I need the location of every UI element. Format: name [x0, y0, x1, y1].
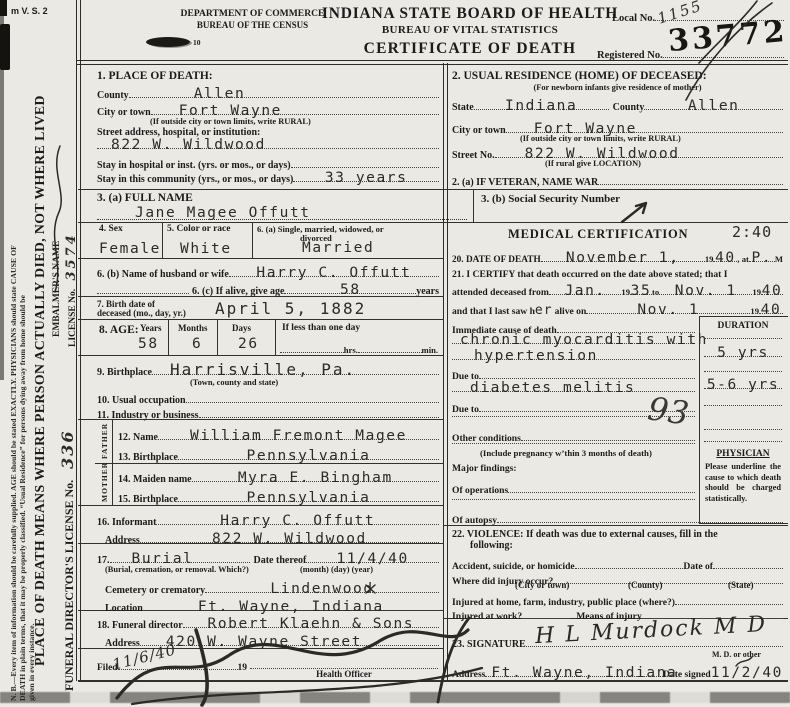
s11-label: 11. Industry or business: [97, 411, 199, 422]
s17-type-field: Burial: [110, 550, 250, 563]
s1-city-label: City or town: [97, 108, 151, 119]
funeral-license-label: FUNERAL DIRECTOR'S LICENSE No.: [62, 480, 76, 691]
med-19c: 19: [752, 287, 761, 297]
s17-date-field: 11/4/40: [306, 550, 439, 563]
s17-location-value: Ft. Wayne, Indiana: [198, 599, 384, 615]
s18-value: Robert Klaehn & Sons: [208, 616, 415, 632]
s1-heading: 1. PLACE OF DEATH:: [97, 70, 213, 82]
parents-side-divider: [112, 419, 113, 505]
funeral-license-value: 336: [58, 429, 77, 468]
color-marital-divider: [252, 222, 253, 258]
mother-bp-label: 15. Birthplace: [118, 495, 178, 506]
s6-age-lead-field: [97, 281, 189, 294]
father-bp-value: Pennsylvania: [247, 448, 371, 464]
sig-addr-row: Address Ft. Wayne, Indiana Date signed 1…: [452, 664, 783, 681]
v22-accident-field: [575, 556, 684, 569]
s11-row: 11. Industry or business: [97, 405, 439, 422]
s6-age-row: 6. (c) If alive, give age 58 years: [97, 281, 439, 298]
census-emblem-icon: [146, 37, 190, 47]
mother-side-label: MOTHER: [100, 462, 109, 502]
med-to-label: to: [652, 287, 659, 297]
med-duration2-row: 5-6 yrs: [704, 376, 782, 389]
s1-county-label: County: [97, 91, 129, 102]
s9-field: Harrisville, Pa.: [152, 362, 439, 375]
s2-county-value: Allen: [688, 98, 740, 114]
s6-age-value: 58: [340, 282, 361, 298]
med-heading: MEDICAL CERTIFICATION: [508, 227, 688, 242]
s6-spouse-row: 6. (b) Name of husband or wife Harry C. …: [97, 264, 439, 281]
med-ampm-value: P.: [752, 250, 773, 266]
registered-no-field: [663, 45, 784, 58]
med-blank-dots3: [452, 498, 695, 500]
sex-color-divider: [162, 222, 163, 258]
s2-state-value: Indiana: [505, 98, 577, 114]
med-duration1-field: 5 yrs: [704, 344, 782, 357]
med-duration-dots3: [704, 404, 782, 406]
med-due1-lead-field: [479, 366, 695, 379]
s6-age-field: 58: [284, 281, 416, 294]
local-no-label: Local No.: [612, 13, 655, 24]
med-due1-value: diabetes melitis: [470, 380, 635, 396]
med-to-field: Nov. 1: [659, 282, 752, 295]
med-19b: 19: [621, 287, 630, 297]
med-duration-header: DURATION: [700, 322, 786, 332]
s2-veteran-row: 2. (a) IF VETERAN, NAME WAR: [452, 172, 783, 189]
s16-field: Harry C. Offutt: [156, 512, 439, 525]
s2-county-field: Allen: [644, 97, 783, 110]
med-lastsaw-row: and that I last saw h er alive on Nov. 1…: [452, 301, 783, 317]
med-her-value: er: [535, 304, 553, 317]
s8-months-value: 6: [192, 337, 202, 352]
mother-name-label: 14. Maiden name: [118, 475, 192, 486]
health-officer-label: Health Officer: [250, 670, 438, 679]
med-due2-label: Due to: [452, 405, 479, 415]
med-certify-line1: 21. I CERTIFY that death occurred on the…: [452, 270, 727, 280]
sig-md-note: M. D. or other: [712, 650, 761, 659]
sig-label: 23. SIGNATURE: [452, 640, 526, 651]
med-autopsy-row: Of autopsy: [452, 510, 783, 526]
v22-work-field: [522, 606, 570, 619]
med-to-year-value: 40: [762, 283, 783, 299]
margin-funeral-license-line: FUNERAL DIRECTOR'S LICENSE No. 336: [58, 429, 77, 691]
med-from-year-field: 35: [630, 282, 652, 295]
med-duration1-value: 5 yrs: [717, 345, 769, 361]
s8-years-header: Years: [140, 323, 162, 333]
med-alive-year-value: 40: [761, 302, 782, 318]
mother-bp-row: 15. Birthplace Pennsylvania: [118, 489, 439, 506]
s17-which-note: (Burial, cremation, or removal. Which?): [105, 565, 249, 574]
s9-row: 9. Birthplace Harrisville, Pa.: [97, 362, 439, 379]
s17-date-label: Date thereof: [254, 556, 307, 567]
med-attended-row: attended deceased from Jan. 19 35 to Nov…: [452, 282, 783, 298]
s6-age-suffix: years: [416, 287, 439, 298]
s8-years-value: 58: [138, 337, 159, 352]
s1-county-value: Allen: [194, 86, 246, 102]
mother-bp-field: Pennsylvania: [178, 489, 439, 502]
med-attended-label: attended deceased from: [452, 288, 549, 298]
header-rule: [76, 60, 788, 65]
s1-street-value: 822 W. Wildwood: [111, 137, 266, 153]
age-div2: [217, 319, 218, 355]
sig-date-value: 11/2/40: [711, 666, 783, 681]
s7-value: April 5, 1882: [215, 301, 366, 317]
sig-addr-value: Ft. Wayne, Indiana: [491, 665, 677, 681]
s2-rural-note: (If outside city or town limits, write R…: [520, 134, 681, 143]
s3-full-name-label: 3. (a) FULL NAME: [97, 192, 193, 204]
s8-months-header: Months: [178, 323, 208, 333]
s16-addr-label: Address: [105, 536, 140, 547]
v22-dateof-field: [713, 556, 783, 569]
med-duration2-field: 5-6 yrs: [704, 376, 782, 389]
s3-ssn-label: 3. (b) Social Security Number: [481, 193, 620, 205]
v22-injured-field: [675, 592, 783, 605]
med-autopsy-label: Of autopsy: [452, 516, 497, 526]
med-duration-dots5: [704, 440, 782, 442]
med-duration-dots2: [704, 370, 782, 372]
s1-stay-hospital-field: [291, 155, 439, 168]
s7-label2: deceased (mo., day, yr.): [97, 308, 186, 318]
s18-field: Robert Klaehn & Sons: [183, 615, 439, 628]
s2-state-field: Indiana: [474, 97, 609, 110]
med-from-value: Jan.: [564, 283, 605, 299]
s16-addr-value: 822 W. Wildwood: [212, 531, 367, 547]
v22-state-note: (State): [728, 580, 754, 590]
v22-heading1: 22. VIOLENCE: If death was due to extern…: [452, 530, 718, 541]
v22-heading2: following:: [470, 541, 513, 552]
s1-county-row: County Allen: [97, 85, 439, 102]
father-bp-row: 13. Birthplace Pennsylvania: [118, 447, 439, 464]
s17-date-note: (month) (day) (year): [300, 565, 373, 574]
med-cause-value1-field: chronic myocarditis with: [452, 331, 695, 344]
med-pregnancy-note: (Include pregnancy w’thin 3 months of de…: [480, 448, 652, 458]
mother-name-value: Myra E. Bingham: [238, 470, 393, 486]
s6-spouse-value: Harry C. Offutt: [256, 265, 411, 281]
form-code: m V. S. 2: [11, 6, 48, 16]
s16-label: 16. Informant: [97, 518, 156, 529]
med-date-label: 20. DATE OF DEATH: [452, 256, 541, 266]
med-m-label: M: [775, 254, 783, 264]
med-operations-row: Of operations: [452, 480, 695, 496]
med-from-field: Jan.: [549, 282, 622, 295]
ssn-divider: [473, 189, 474, 222]
mother-name-row: 14. Maiden name Myra E. Bingham: [118, 469, 439, 486]
s18-addr-label: Address: [105, 639, 140, 650]
age-div3: [275, 319, 276, 355]
s6-marital-value: Married: [302, 241, 374, 256]
s2-rural-loc-note: (If rural give LOCATION): [545, 159, 641, 168]
sig-addr-label: Address: [452, 670, 485, 680]
med-date-row: 20. DATE OF DEATH November 1, 19 40 , at…: [452, 249, 783, 266]
s2-city-label: City or town: [452, 126, 506, 137]
s18-addr-value: 420 W. Wayne Street: [166, 634, 362, 650]
sig-addr-field: Ft. Wayne, Indiana: [485, 664, 663, 677]
s4-sex-value: Female: [99, 242, 161, 257]
med-duration-dots1: [704, 337, 782, 339]
title-line2: BUREAU OF VITAL STATISTICS: [295, 24, 645, 36]
s8-days-header: Days: [232, 323, 251, 333]
s3-name-underline: [97, 219, 467, 220]
s2-state-row: State Indiana County Allen: [452, 97, 783, 114]
s2-veteran-label: 2. (a) IF VETERAN, NAME WAR: [452, 178, 598, 189]
scan-edge-blob: [0, 24, 10, 70]
med-cause-value1: chronic myocarditis with: [460, 332, 708, 348]
title-line3: CERTIFICATE OF DEATH: [295, 40, 645, 58]
scan-edge-blob-top: [0, 0, 7, 16]
row3-bottom-rule: [78, 222, 788, 223]
s8-label: 8. AGE:: [99, 324, 139, 336]
s1-stay-community-value: 33 years: [325, 170, 408, 186]
v22-county-note: (County): [628, 580, 663, 590]
s8-hrs-field: [280, 340, 344, 353]
census-emblem-text: 10: [193, 38, 201, 47]
title-line1: INDIANA STATE BOARD OF HEALTH: [295, 5, 645, 23]
margin-nb-line2: DEATH in plain terms, that it may be pro…: [18, 295, 27, 701]
med-cause-value2-row: hypertension: [452, 347, 695, 360]
pen-ssn-check-mark: [622, 203, 646, 222]
s17-location-row: Location Ft. Wayne, Indiana: [105, 598, 439, 615]
s1-street-field: 822 W. Wildwood: [97, 136, 439, 149]
s18-addr-field: 420 W. Wayne Street: [140, 633, 439, 646]
father-name-field: William Fremont Magee: [158, 427, 439, 440]
s6-spouse-field: Harry C. Offutt: [229, 264, 439, 277]
mother-bp-value: Pennsylvania: [247, 490, 371, 506]
med-duration2-value: 5-6 yrs: [707, 377, 779, 393]
s16-row: 16. Informant Harry C. Offutt: [97, 512, 439, 529]
med-date-field: November 1,: [541, 249, 705, 262]
s10-field: [186, 390, 439, 403]
s1-stay-community-row: Stay in this community (yrs., or mos., o…: [97, 169, 439, 186]
med-cause-value2-field: hypertension: [452, 347, 695, 360]
med-duration-dots4: [704, 428, 782, 430]
v22-city-note: (City or town): [515, 580, 569, 590]
s1-city-field: Fort Wayne: [151, 102, 439, 115]
row3-top-rule: [78, 189, 788, 190]
med-findings-label: Major findings:: [452, 464, 517, 474]
father-bp-label: 13. Birthplace: [118, 453, 178, 464]
s1-stay-community-label: Stay in this community (yrs., or mos., o…: [97, 175, 293, 186]
s11-field: [199, 405, 439, 418]
s8-hrs-label: hrs.: [344, 345, 358, 355]
s6-spouse-label: 6. (b) Name of husband or wife: [97, 270, 229, 281]
med-cause-value2: hypertension: [474, 348, 598, 364]
age-div1: [168, 319, 169, 355]
med-from-year-value: 35: [631, 283, 652, 299]
margin-place-of-death-rule: PLACE OF DEATH MEANS WHERE PERSON ACTUAL…: [32, 95, 48, 666]
column-divider: [443, 63, 448, 681]
med-ampm-field: P.: [749, 249, 775, 262]
birthdate-row-rule: [78, 319, 443, 320]
med-physician-note: Please underline the cause to which deat…: [705, 462, 781, 504]
age-row-rule: [78, 355, 443, 356]
other-conditions-scrawl: 93: [646, 389, 692, 432]
filed-19-label: 19: [238, 664, 248, 674]
scan-bottom-band: [0, 692, 790, 703]
v22-accident-row: Accident, suicide, or homicide Date of: [452, 556, 783, 572]
med-19a: 19: [705, 254, 714, 264]
med-at-label: , at: [737, 254, 748, 264]
s2-street-field: 822 W. Wildwood: [495, 145, 783, 158]
s17-location-field: Ft. Wayne, Indiana: [143, 598, 439, 611]
med-date-value: November 1,: [566, 250, 680, 266]
s2-state-label: State: [452, 103, 474, 114]
med-19d: 19: [750, 306, 759, 316]
margin-divider: [76, 0, 81, 681]
sex-row-rule: [78, 258, 443, 259]
s4-sex-label: 4. Sex: [99, 225, 123, 235]
med-year-field: 40: [713, 249, 737, 262]
s5-color-value: White: [180, 242, 232, 257]
med-operations-label: Of operations: [452, 486, 508, 496]
med-physician-header: PHYSICIAN: [700, 450, 786, 460]
father-name-value: William Fremont Magee: [190, 428, 407, 444]
med-autopsy-field: [497, 510, 783, 523]
med-operations-field: [508, 480, 695, 493]
s8-min-field: [358, 340, 422, 353]
s2-county-label: County: [613, 103, 645, 114]
s1-stay-community-field: 33 years: [293, 169, 439, 182]
s1-county-field: Allen: [129, 85, 439, 98]
s9-note: (Town, county and state): [190, 378, 278, 387]
father-bp-field: Pennsylvania: [178, 447, 439, 460]
father-name-row: 12. Name William Fremont Magee: [118, 427, 439, 444]
s2-street-label: Street No.: [452, 151, 495, 162]
med-duration1-row: 5 yrs: [704, 344, 782, 357]
s16-value: Harry C. Offutt: [220, 513, 375, 529]
med-to-year-field: 40: [761, 282, 783, 295]
med-time-value: 2:40: [732, 225, 772, 240]
med-lastsaw-label: and that I last saw h: [452, 307, 535, 317]
s18-label: 18. Funeral director: [97, 621, 183, 632]
s16-addr-row: Address 822 W. Wildwood: [105, 530, 439, 547]
death-certificate-scan: N. B.—Every item of information should b…: [0, 0, 790, 707]
s5-color-label: 5. Color or race: [167, 225, 231, 235]
med-alive-year-field: 40: [759, 301, 783, 314]
s2-note: (For newborn infants give residence of m…: [452, 83, 783, 92]
father-name-label: 12. Name: [118, 433, 158, 444]
med-blank-dots2: [452, 442, 695, 444]
margin-nb-line1: N. B.—Every item of information should b…: [9, 245, 18, 701]
med-alive-label: alive on: [555, 307, 587, 317]
s9-label: 9. Birthplace: [97, 368, 152, 379]
s8-hrs-min-row: hrs. min.: [280, 340, 438, 355]
v22-work-label: Injured at work?: [452, 612, 522, 622]
s17-cemetery-field: Lindenwood: [205, 580, 439, 593]
med-alive-value: Nov. 1: [637, 302, 699, 318]
med-alive-field: Nov. 1: [586, 301, 750, 314]
s17-cemetery-value: Lindenwood: [270, 581, 373, 597]
s9-value: Harrisville, Pa.: [170, 360, 356, 379]
med-to-value: Nov. 1: [675, 283, 737, 299]
s2-heading: 2. USUAL RESIDENCE (HOME) OF DECEASED:: [452, 70, 707, 82]
med-year-value: 40: [715, 250, 736, 266]
margin-embalmer-name-label: EMBALMER'S NAME: [52, 241, 62, 337]
s17-location-label: Location: [105, 604, 143, 615]
s1-street-row: 822 W. Wildwood: [97, 136, 439, 149]
s2-city-field: Fort Wayne: [506, 120, 783, 133]
s1-rural-note: (If outside city or town limits, write R…: [150, 117, 311, 126]
father-side-label: FATHER: [100, 423, 109, 459]
mother-name-field: Myra E. Bingham: [192, 469, 439, 482]
s8-less-header: If less than one day: [282, 323, 360, 333]
s8-days-value: 26: [238, 337, 259, 352]
s16-addr-field: 822 W. Wildwood: [140, 530, 439, 543]
med-cause-value1-row: chronic myocarditis with: [452, 331, 695, 344]
s8-min-label: min.: [422, 345, 438, 355]
s2-veteran-field: [598, 172, 783, 185]
s18-row: 18. Funeral director Robert Klaehn & Son…: [97, 615, 439, 632]
s17-cemetery-label: Cemetery or crematory: [105, 586, 205, 597]
s17-cemetery-row: Cemetery or crematory Lindenwood: [105, 580, 439, 597]
s6-age-label: 6. (c) If alive, give age: [192, 287, 284, 298]
registered-no-row: Registered No.: [597, 45, 784, 61]
